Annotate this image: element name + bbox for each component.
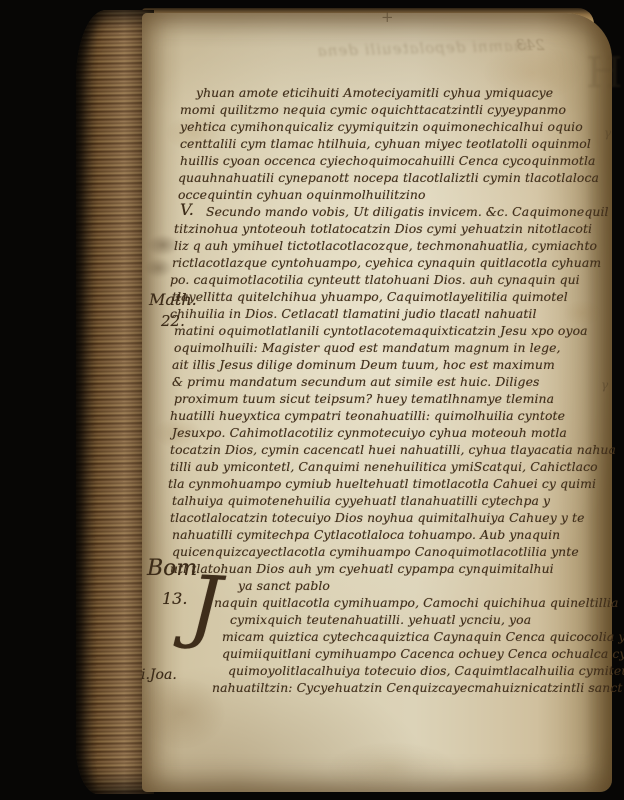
manuscript-line: rictlacotlazque cyntohuampo, cyehica cyn… [168, 254, 614, 271]
edge-mark-2: γ [601, 378, 608, 392]
manuscript-line: nahuatilli cymitechpa Cytlacotlaloca toh… [168, 526, 614, 543]
manuscript-line: huillis cyoan occenca cyiechoquimocahuil… [168, 152, 614, 169]
text-lines: yhuan amote eticihuiti Amoteciyamitli cy… [168, 84, 614, 696]
manuscript-line: quauhnahuatili cynepanott nocepa tlacotl… [168, 169, 614, 186]
manuscript-line: yehtica cymihonquicaliz cyymiquitzin oqu… [168, 118, 614, 135]
manuscript-line: yhuan amote eticihuiti Amoteciyamitli cy… [168, 84, 614, 101]
margin-ref-matthew-chapter: 22. [161, 312, 185, 330]
manuscript-line: ait illis Jesus dilige dominum Deum tuum… [168, 356, 614, 373]
margin-verse-mark: V. [180, 200, 194, 219]
manuscript-line: talhuiya quimotenehuilia cyyehuatl tlana… [168, 492, 614, 509]
manuscript-photo: mamni depolateuili dena 243 H + yhuan am… [0, 0, 624, 800]
manuscript-line: oquimolhuili: Magister quod est mandatum… [168, 339, 614, 356]
margin-ref-john: i.Joa. [141, 667, 177, 683]
manuscript-line: nahuatiltzin: Cycyehuatzin Cenquizcayecm… [168, 679, 614, 696]
manuscript-line: po. caquimotlacotilia cynteutt tlatohuan… [168, 271, 614, 288]
manuscript-line: liz q auh ymihuel tictotlacotlacozque, t… [168, 237, 614, 254]
manuscript-line: tlayellitta quitelchihua yhuampo, Caquim… [168, 288, 614, 305]
manuscript-line: huatilli hueyxtica cympatri teonahuatill… [168, 407, 614, 424]
manuscript-line: proximum tuum sicut teipsum? huey tematl… [168, 390, 614, 407]
manuscript-line: tocatzin Dios, cymin cacencatl huei nahu… [168, 441, 614, 458]
manuscript-line: utl tlatohuan Dios auh ym cyehuatl cypam… [168, 560, 614, 577]
manuscript-line: Jesuxpo. Cahimotlacotiliz cynmotecuiyo c… [168, 424, 614, 441]
manuscript-line: quicenquizcayectlacotla cymihuampo Canoq… [168, 543, 614, 560]
manuscript-line: tla cynmohuampo cymiub hueltehuatl timot… [168, 475, 614, 492]
manuscript-line: occequintin cyhuan oquinmolhuilitzino [168, 186, 614, 203]
manuscript-line: chihuilia in Dios. Cetlacatl tlamatini j… [168, 305, 614, 322]
manuscript-line: centtalili cym tlamac htilhuia, cyhuan m… [168, 135, 614, 152]
manuscript-line: ya sanct pablo [168, 577, 614, 594]
manuscript-line: quimoyolitlacalhuiya totecuio dios, Caqu… [168, 662, 614, 679]
manuscript-line: momi quilitzmo nequia cymic oquichttacat… [168, 101, 614, 118]
cross-mark: + [381, 8, 394, 26]
manuscript-line: matini oquimotlatlanili cyntotlacotemaqu… [168, 322, 614, 339]
manuscript-line: tlacotlalocatzin totecuiyo Dios noyhua q… [168, 509, 614, 526]
manuscript-line: titzinohua yntoteouh totlatocatzin Dios … [168, 220, 614, 237]
manuscript-line: tilli aub ymicontetl, Canquimi nenehuili… [168, 458, 614, 475]
margin-ref-romans-chapter: 13. [162, 589, 187, 608]
edge-mark-1: γ [604, 126, 611, 140]
margin-ref-romans: Bom [147, 556, 197, 581]
manuscript-line: & primu mandatum secundum aut simile est… [168, 373, 614, 390]
manuscript-line: cymixquich teutenahuatilli. yehuatl ycnc… [168, 611, 614, 628]
manuscript-line: naquin quitlacotla cymihuampo, Camochi q… [168, 594, 614, 611]
manuscript-line: quimiiquitlani cymihuampo Cacenca ochuey… [168, 645, 614, 662]
manuscript-line: Secundo mando vobis, Ut diligatis invice… [168, 203, 614, 220]
manuscript-line: micam quiztica cytechcaquiztica Caynaqui… [168, 628, 614, 645]
margin-ref-matthew: Math. [149, 290, 197, 309]
